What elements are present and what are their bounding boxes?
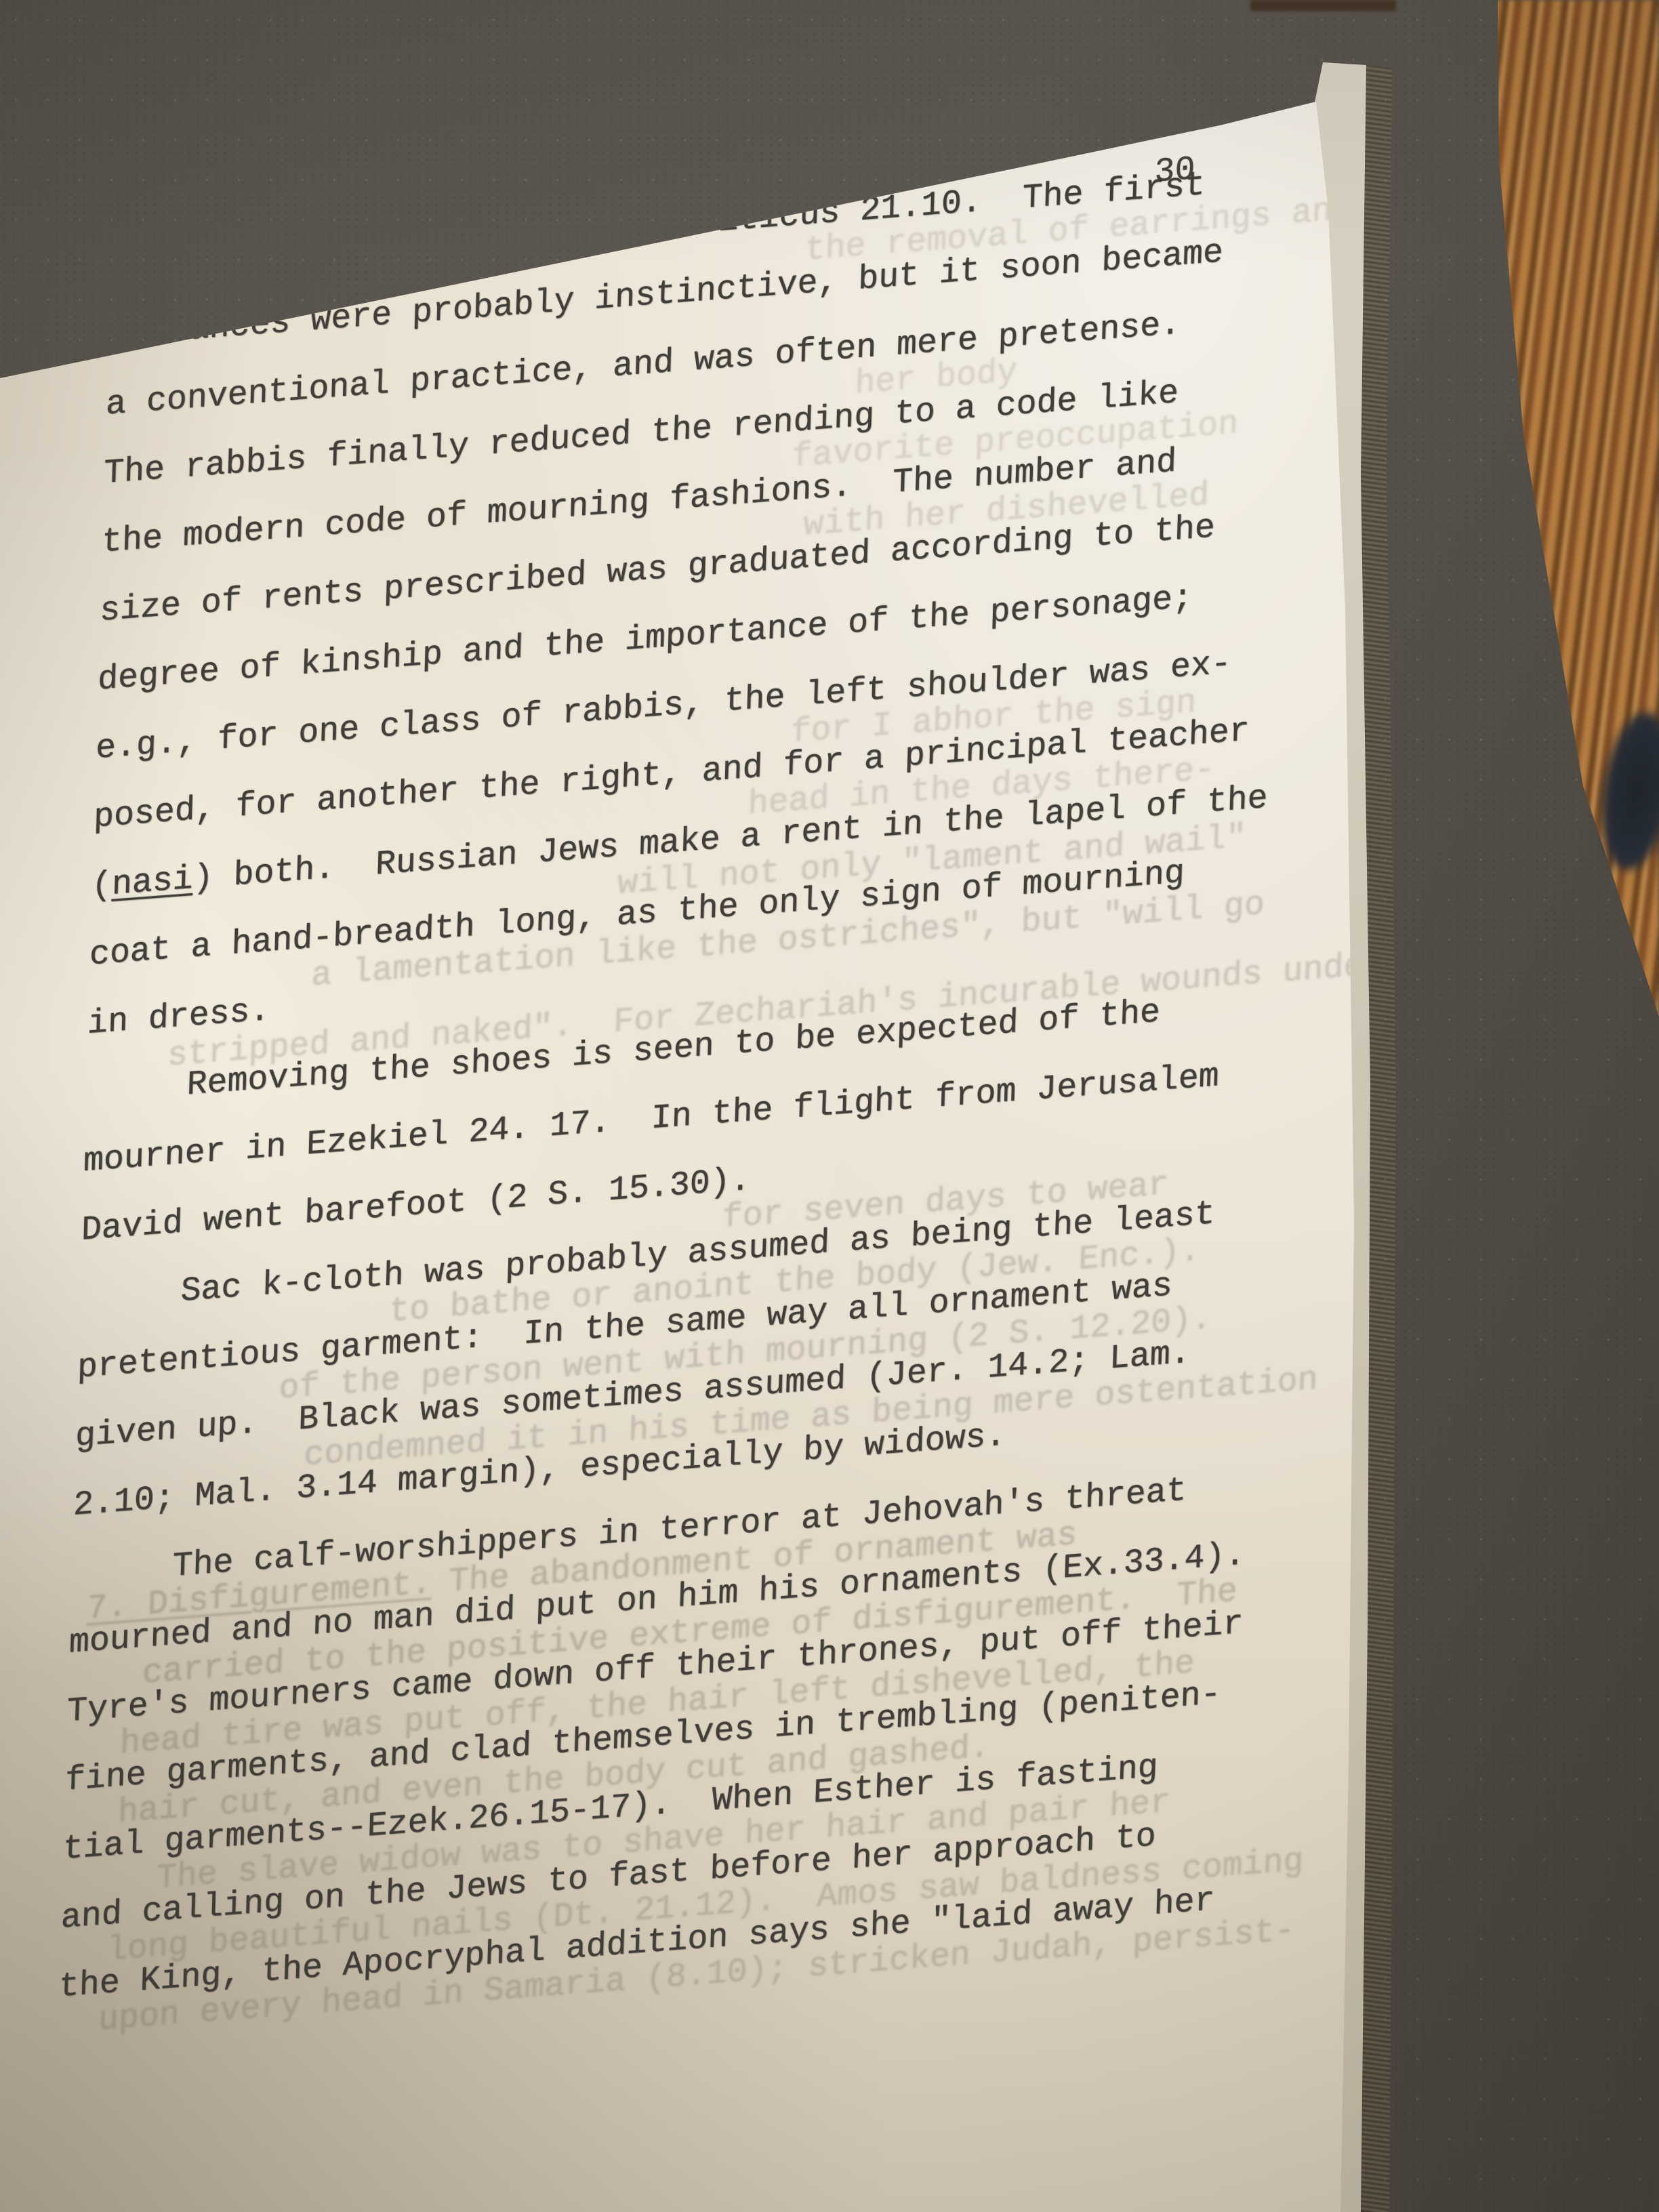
photo-of-typewritten-page: 30 to be a mourning custom in Leviticus …: [0, 0, 1659, 2212]
table-edge-shadow: [1250, 0, 1396, 11]
typed-line: David went barefoot (2 S. 15.30).: [81, 1164, 751, 1248]
typed-text-block: 30 to be a mourning custom in Leviticus …: [53, 111, 1341, 2179]
